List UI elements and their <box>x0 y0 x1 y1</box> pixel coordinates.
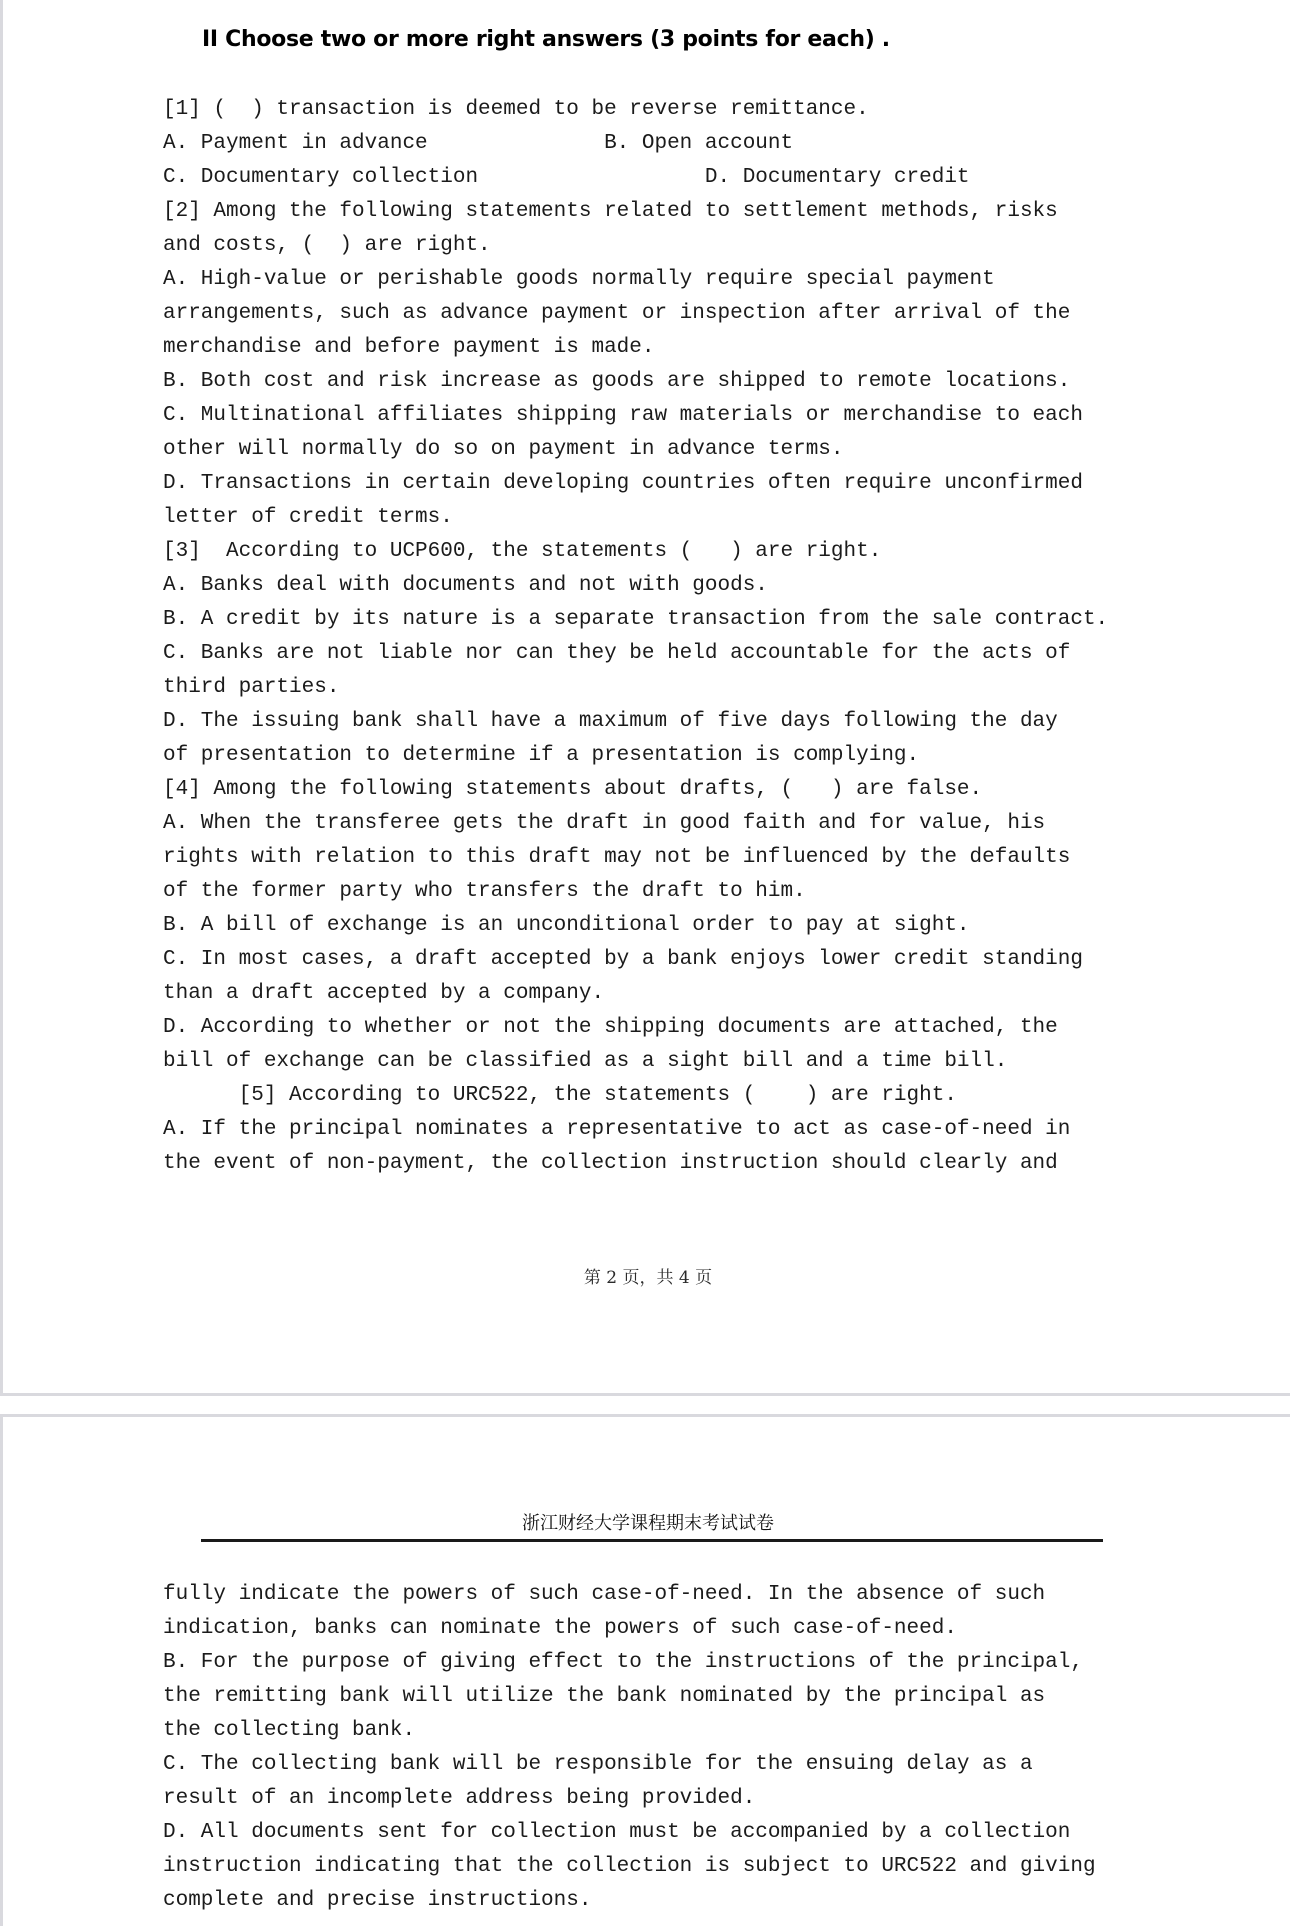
text-line: A. If the principal nominates a represen… <box>163 1113 1173 1147</box>
exam-title-header: 浙江财经大学课程期末考试试卷 <box>3 1509 1290 1535</box>
question-lines: [1] ( ) transaction is deemed to be reve… <box>163 93 1173 1181</box>
text-line: A. Banks deal with documents and not wit… <box>163 569 1173 603</box>
text-line: [1] ( ) transaction is deemed to be reve… <box>163 93 1173 127</box>
text-line: letter of credit terms. <box>163 501 1173 535</box>
continuation-lines: fully indicate the powers of such case-o… <box>163 1578 1173 1918</box>
text-line: than a draft accepted by a company. <box>163 977 1173 1011</box>
text-line: D. All documents sent for collection mus… <box>163 1816 1173 1850</box>
text-line: C. Multinational affiliates shipping raw… <box>163 399 1173 433</box>
text-line: bill of exchange can be classified as a … <box>163 1045 1173 1079</box>
text-line: arrangements, such as advance payment or… <box>163 297 1173 331</box>
text-line: B. A bill of exchange is an unconditiona… <box>163 909 1173 943</box>
text-line: D. Transactions in certain developing co… <box>163 467 1173 501</box>
page-number-footer: 第 2 页，共 4 页 <box>3 1263 1290 1288</box>
text-line: B. A credit by its nature is a separate … <box>163 603 1173 637</box>
text-line: result of an incomplete address being pr… <box>163 1782 1173 1816</box>
text-line: the event of non-payment, the collection… <box>163 1147 1173 1181</box>
text-line: C. The collecting bank will be responsib… <box>163 1748 1173 1782</box>
text-line: fully indicate the powers of such case-o… <box>163 1578 1173 1612</box>
text-line: C. Documentary collection D. Documentary… <box>163 161 1173 195</box>
text-line: and costs, ( ) are right. <box>163 229 1173 263</box>
text-line: the remitting bank will utilize the bank… <box>163 1680 1173 1714</box>
text-line: A. High-value or perishable goods normal… <box>163 263 1173 297</box>
text-line: C. Banks are not liable nor can they be … <box>163 637 1173 671</box>
section-heading: II Choose two or more right answers (3 p… <box>202 27 890 52</box>
exam-page-3: 浙江财经大学课程期末考试试卷 fully indicate the powers… <box>0 1414 1290 1926</box>
text-line: of presentation to determine if a presen… <box>163 739 1173 773</box>
text-line: instruction indicating that the collecti… <box>163 1850 1173 1884</box>
text-line: D. According to whether or not the shipp… <box>163 1011 1173 1045</box>
text-line: merchandise and before payment is made. <box>163 331 1173 365</box>
text-line: the collecting bank. <box>163 1714 1173 1748</box>
text-line: D. The issuing bank shall have a maximum… <box>163 705 1173 739</box>
text-line: other will normally do so on payment in … <box>163 433 1173 467</box>
text-line: indication, banks can nominate the power… <box>163 1612 1173 1646</box>
text-line: C. In most cases, a draft accepted by a … <box>163 943 1173 977</box>
text-line: [4] Among the following statements about… <box>163 773 1173 807</box>
text-line: of the former party who transfers the dr… <box>163 875 1173 909</box>
text-line: complete and precise instructions. <box>163 1884 1173 1918</box>
text-line: B. Both cost and risk increase as goods … <box>163 365 1173 399</box>
text-line: [2] Among the following statements relat… <box>163 195 1173 229</box>
header-rule <box>201 1539 1103 1542</box>
text-line: rights with relation to this draft may n… <box>163 841 1173 875</box>
text-line: [5] According to URC522, the statements … <box>163 1079 1173 1113</box>
exam-page-2: II Choose two or more right answers (3 p… <box>0 0 1290 1396</box>
text-line: B. For the purpose of giving effect to t… <box>163 1646 1173 1680</box>
text-line: third parties. <box>163 671 1173 705</box>
text-line: A. Payment in advance B. Open account <box>163 127 1173 161</box>
text-line: A. When the transferee gets the draft in… <box>163 807 1173 841</box>
text-line: [3] According to UCP600, the statements … <box>163 535 1173 569</box>
